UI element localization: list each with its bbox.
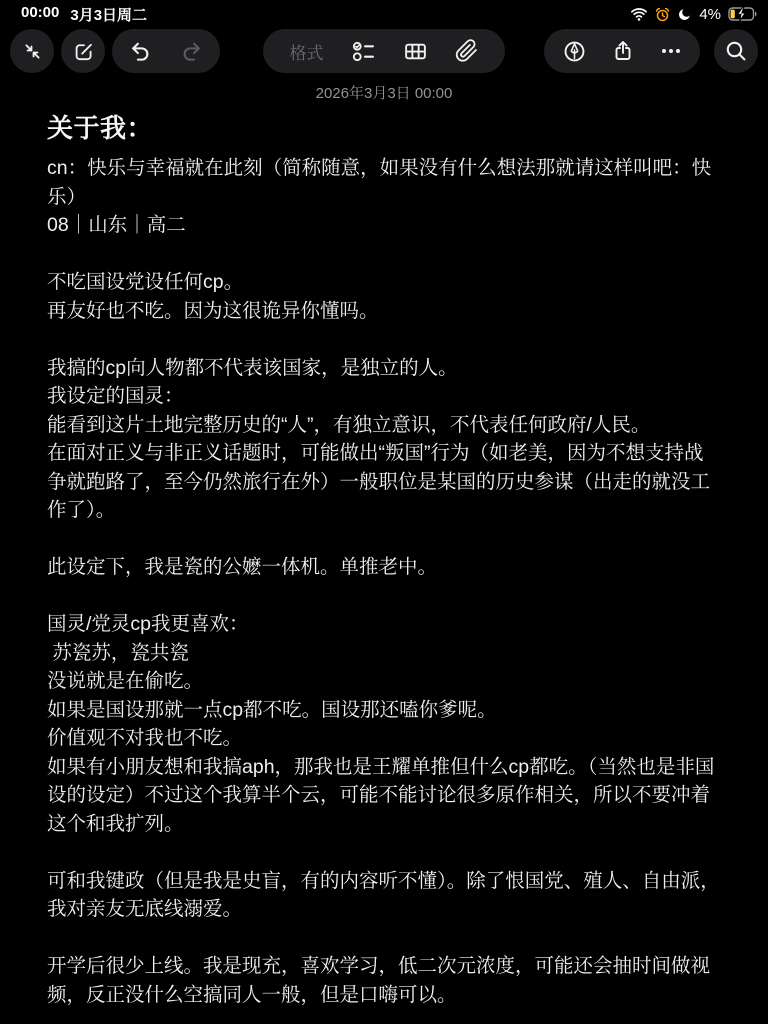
- battery-charging-icon: [728, 7, 758, 21]
- note-paragraphs: cn：快乐与幸福就在此刻（简称随意，如果没有什么想法那就请这样叫吧：快乐）08｜…: [47, 154, 722, 1009]
- note-title: 关于我：: [47, 111, 722, 145]
- compose-icon: [72, 40, 95, 63]
- alarm-icon: [655, 7, 670, 22]
- compose-note-button[interactable]: [61, 29, 105, 73]
- note-line: 此设定下，我是瓷的公嬷一体机。单推老中。: [47, 553, 722, 582]
- note-line: 如果有小朋友想和我搞aph，那我也是王耀单推但什么cp都吃。（当然也是非国设的设…: [47, 753, 722, 839]
- format-tools-group: 格式: [263, 29, 505, 73]
- note-line: 在面对正义与非正义话题时，可能做出“叛国”行为（如老美，因为不想支持战争就跑路了…: [47, 439, 722, 525]
- note-line: 我搞的cp向人物都不代表该国家，是独立的人。: [47, 354, 722, 383]
- notes-app-dark: { "status_bar": { "time": "00:00", "date…: [0, 0, 768, 1024]
- battery-percent: 4%: [699, 6, 721, 23]
- more-icon[interactable]: [659, 39, 683, 63]
- note-paragraph: 国灵/党灵cp我更喜欢： 苏瓷苏，瓷共瓷没说就是在偷吃。如果是国设那就一点cp都…: [47, 610, 722, 838]
- note-paragraph: 此设定下，我是瓷的公嬷一体机。单推老中。: [47, 553, 722, 582]
- status-time-date: 00:00 3月3日周二: [21, 4, 147, 25]
- collapse-note-button[interactable]: [10, 29, 54, 73]
- moon-icon: [677, 7, 692, 22]
- checklist-icon[interactable]: [351, 39, 376, 64]
- format-button[interactable]: 格式: [290, 39, 324, 64]
- note-paragraph: 我搞的cp向人物都不代表该国家，是独立的人。我设定的国灵：能看到这片土地完整历史…: [47, 354, 722, 525]
- note-line: cn：快乐与幸福就在此刻（简称随意，如果没有什么想法那就请这样叫吧：快乐）: [47, 154, 722, 211]
- share-tools-group: [544, 29, 700, 73]
- note-line: 如果是国设那就一点cp都不吃。国设那还嗑你爹呢。: [47, 696, 722, 725]
- note-line: 苏瓷苏，瓷共瓷: [47, 639, 722, 668]
- note-line: 价值观不对我也不吃。: [47, 724, 722, 753]
- toolbar: 格式: [0, 29, 768, 73]
- status-bar: 00:00 3月3日周二 4%: [0, 0, 768, 26]
- note-line: 能看到这片土地完整历史的“人”，有独立意识，不代表任何政府/人民。: [47, 411, 722, 440]
- note-line: 再友好也不吃。因为这很诡异你懂吗。: [47, 297, 722, 326]
- note-date-caption: 2026年3月3日 00:00: [0, 82, 768, 103]
- paperclip-icon[interactable]: [455, 39, 479, 63]
- note-line: 可和我键政（但是我是史盲，有的内容听不懂）。除了恨国党、殖人、自由派，我对亲友无…: [47, 867, 722, 924]
- wifi-icon: [630, 8, 648, 21]
- note-paragraph: cn：快乐与幸福就在此刻（简称随意，如果没有什么想法那就请这样叫吧：快乐）08｜…: [47, 154, 722, 240]
- note-line: 不吃国设党设任何cp。: [47, 268, 722, 297]
- note-paragraph: 不吃国设党设任何cp。再友好也不吃。因为这很诡异你懂吗。: [47, 268, 722, 325]
- status-indicators: 4%: [630, 6, 758, 23]
- status-date: 3月3日周二: [70, 4, 147, 25]
- note-line: 08｜山东｜高二: [47, 211, 722, 240]
- collapse-icon: [22, 41, 43, 62]
- redo-icon[interactable]: [179, 39, 204, 64]
- note-line: 国灵/党灵cp我更喜欢：: [47, 610, 722, 639]
- search-icon: [724, 39, 748, 63]
- table-icon[interactable]: [403, 39, 428, 64]
- undo-redo-group: [112, 29, 220, 73]
- markup-icon[interactable]: [562, 39, 587, 64]
- status-time: 00:00: [21, 4, 59, 25]
- undo-icon[interactable]: [128, 39, 153, 64]
- search-button[interactable]: [714, 29, 758, 73]
- note-line: 我设定的国灵：: [47, 382, 722, 411]
- note-paragraph: 可和我键政（但是我是史盲，有的内容听不懂）。除了恨国党、殖人、自由派，我对亲友无…: [47, 867, 722, 924]
- note-editor[interactable]: 关于我： cn：快乐与幸福就在此刻（简称随意，如果没有什么想法那就请这样叫吧：快…: [47, 111, 722, 1024]
- note-line: 没说就是在偷吃。: [47, 667, 722, 696]
- note-paragraph: 开学后很少上线。我是现充，喜欢学习，低二次元浓度，可能还会抽时间做视频，反正没什…: [47, 952, 722, 1009]
- share-icon[interactable]: [611, 39, 635, 63]
- note-line: 开学后很少上线。我是现充，喜欢学习，低二次元浓度，可能还会抽时间做视频，反正没什…: [47, 952, 722, 1009]
